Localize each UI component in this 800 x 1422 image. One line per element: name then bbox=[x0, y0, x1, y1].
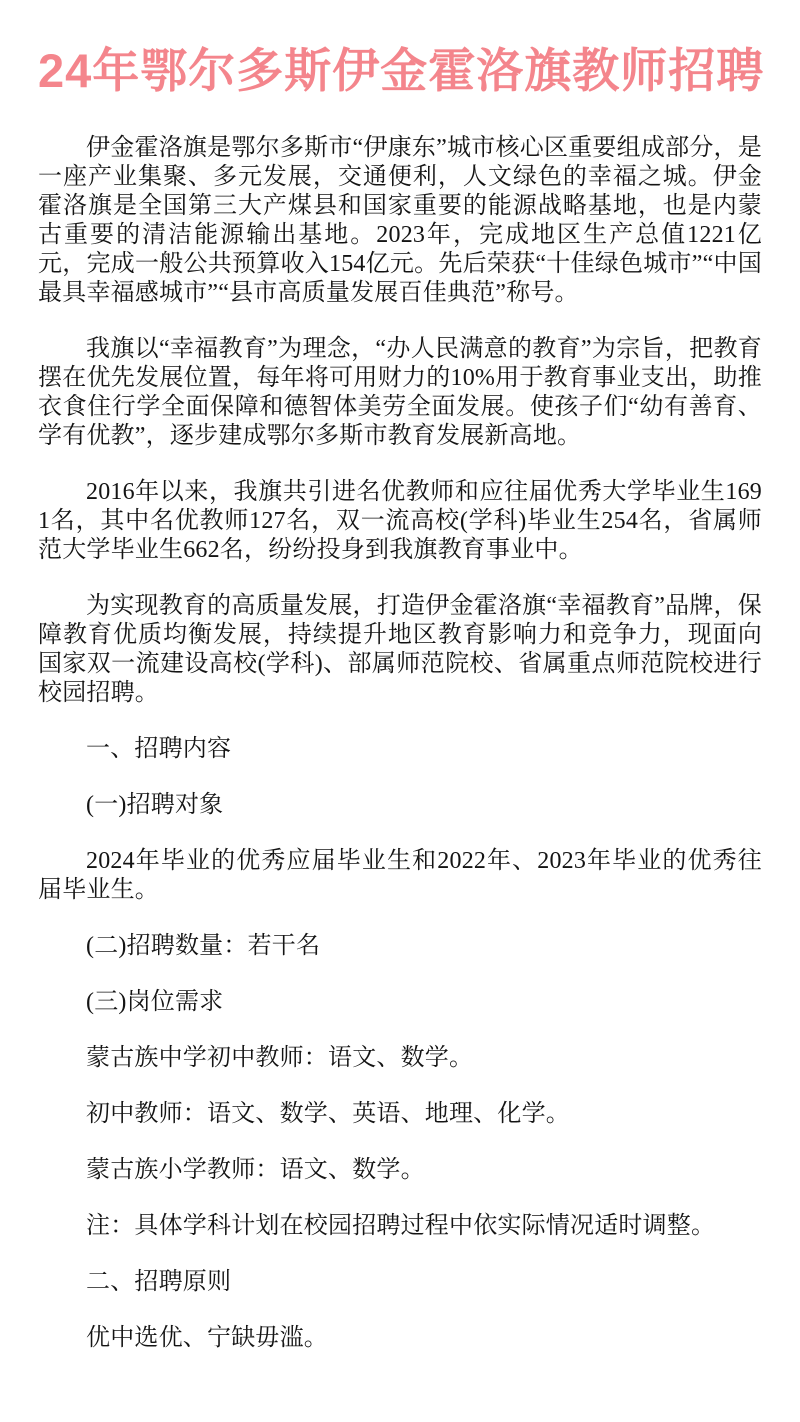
document-body: 伊金霍洛旗是鄂尔多斯市“伊康东”城市核心区重要组成部分，是一座产业集聚、多元发展… bbox=[38, 134, 762, 1353]
paragraph: 我旗以“幸福教育”为理念，“办人民满意的教育”为宗旨，把教育摆在优先发展位置，每… bbox=[38, 335, 762, 451]
page-title: 24年鄂尔多斯伊金霍洛旗教师招聘 bbox=[38, 40, 762, 102]
paragraph: 蒙古族中学初中教师：语文、数学。 bbox=[38, 1044, 762, 1073]
paragraph: 2016年以来，我旗共引进名优教师和应往届优秀大学毕业生1691名，其中名优教师… bbox=[38, 478, 762, 565]
paragraph: 初中教师：语文、数学、英语、地理、化学。 bbox=[38, 1100, 762, 1129]
sub-heading: (一)招聘对象 bbox=[38, 791, 762, 820]
paragraph: 伊金霍洛旗是鄂尔多斯市“伊康东”城市核心区重要组成部分，是一座产业集聚、多元发展… bbox=[38, 134, 762, 308]
note-line: 注：具体学科计划在校园招聘过程中依实际情况适时调整。 bbox=[38, 1212, 762, 1241]
paragraph: 为实现教育的高质量发展，打造伊金霍洛旗“幸福教育”品牌，保障教育优质均衡发展，持… bbox=[38, 592, 762, 708]
recruitment-notice-page: 24年鄂尔多斯伊金霍洛旗教师招聘 伊金霍洛旗是鄂尔多斯市“伊康东”城市核心区重要… bbox=[0, 0, 800, 1422]
section-heading: 一、招聘内容 bbox=[38, 735, 762, 764]
sub-heading: (三)岗位需求 bbox=[38, 988, 762, 1017]
paragraph: 优中选优、宁缺毋滥。 bbox=[38, 1324, 762, 1353]
sub-heading: (二)招聘数量：若干名 bbox=[38, 932, 762, 961]
paragraph: 蒙古族小学教师：语文、数学。 bbox=[38, 1156, 762, 1185]
section-heading: 二、招聘原则 bbox=[38, 1268, 762, 1297]
paragraph: 2024年毕业的优秀应届毕业生和2022年、2023年毕业的优秀往届毕业生。 bbox=[38, 847, 762, 905]
